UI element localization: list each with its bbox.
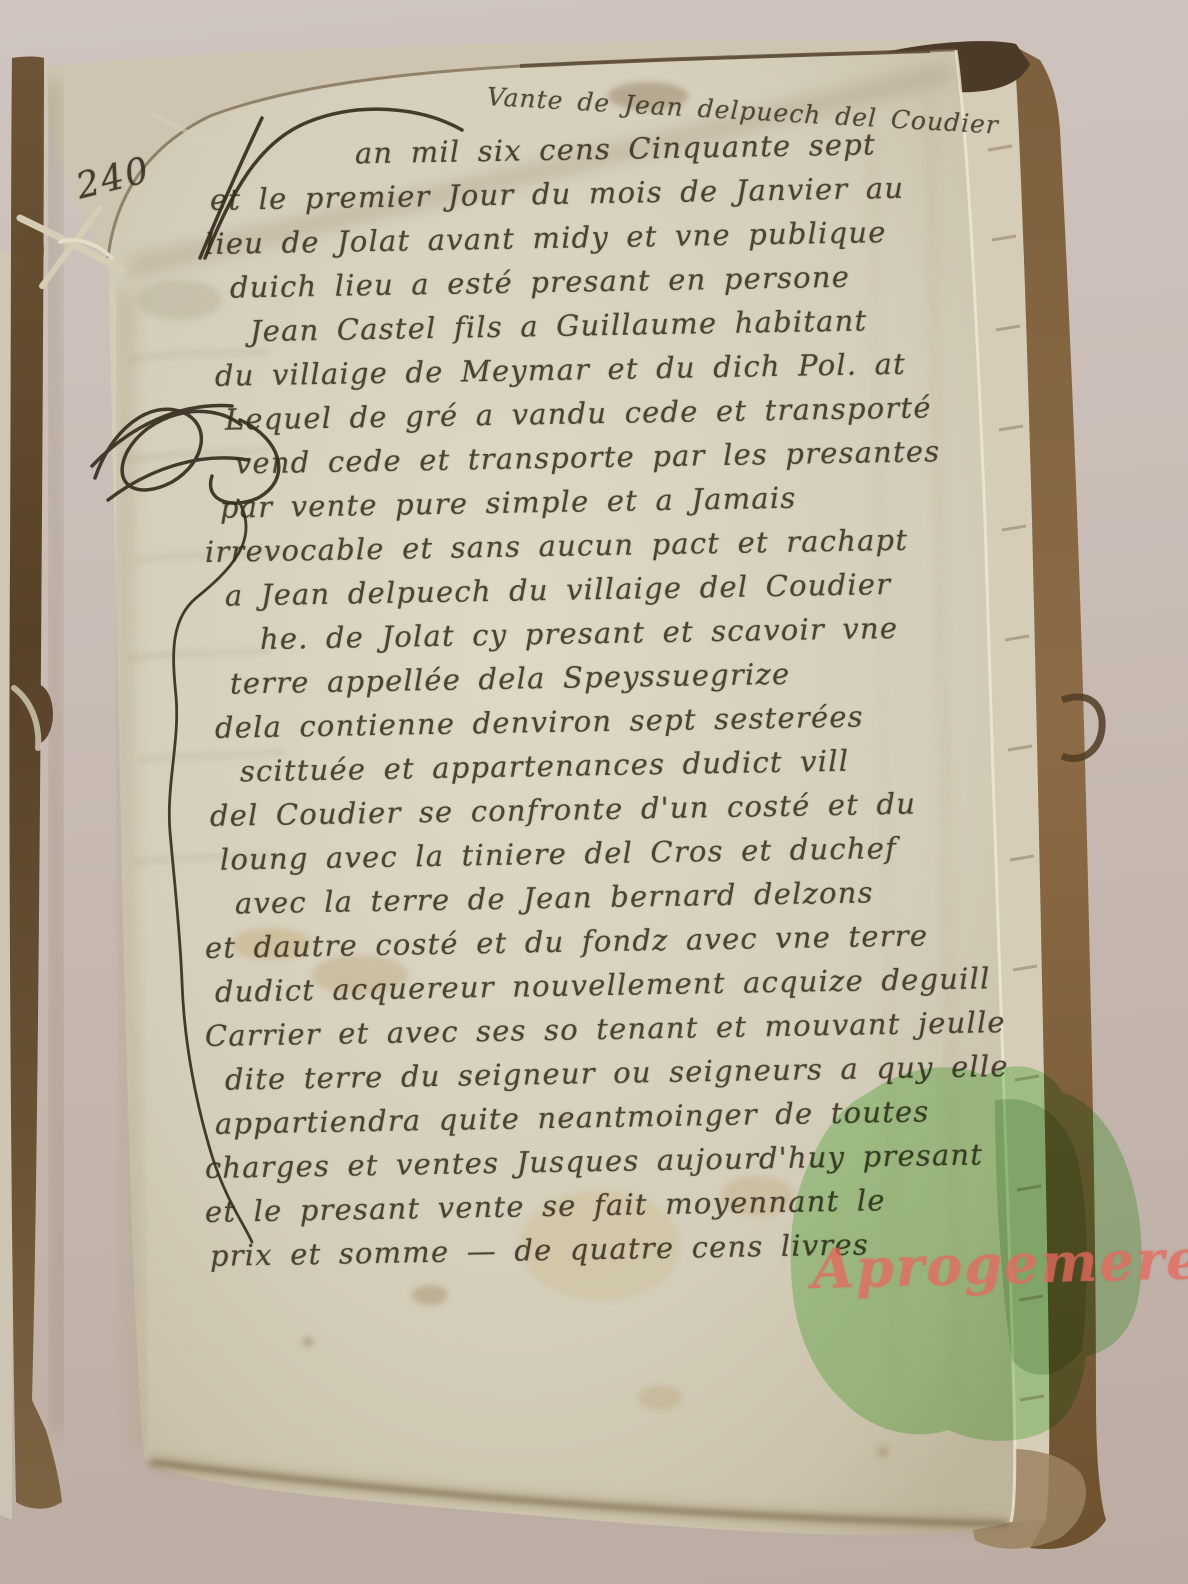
manuscript-text-block: an mil six cens Cinquante septet le prem…	[205, 134, 1005, 1278]
folio-number: 240	[72, 150, 154, 208]
watermark-text: Aprogemere	[811, 1227, 1188, 1301]
manuscript-photo: 240 Vante de Jean delpuech del Coudier a…	[0, 0, 1188, 1584]
handwriting-layer: 240 Vante de Jean delpuech del Coudier a…	[0, 0, 1188, 1584]
